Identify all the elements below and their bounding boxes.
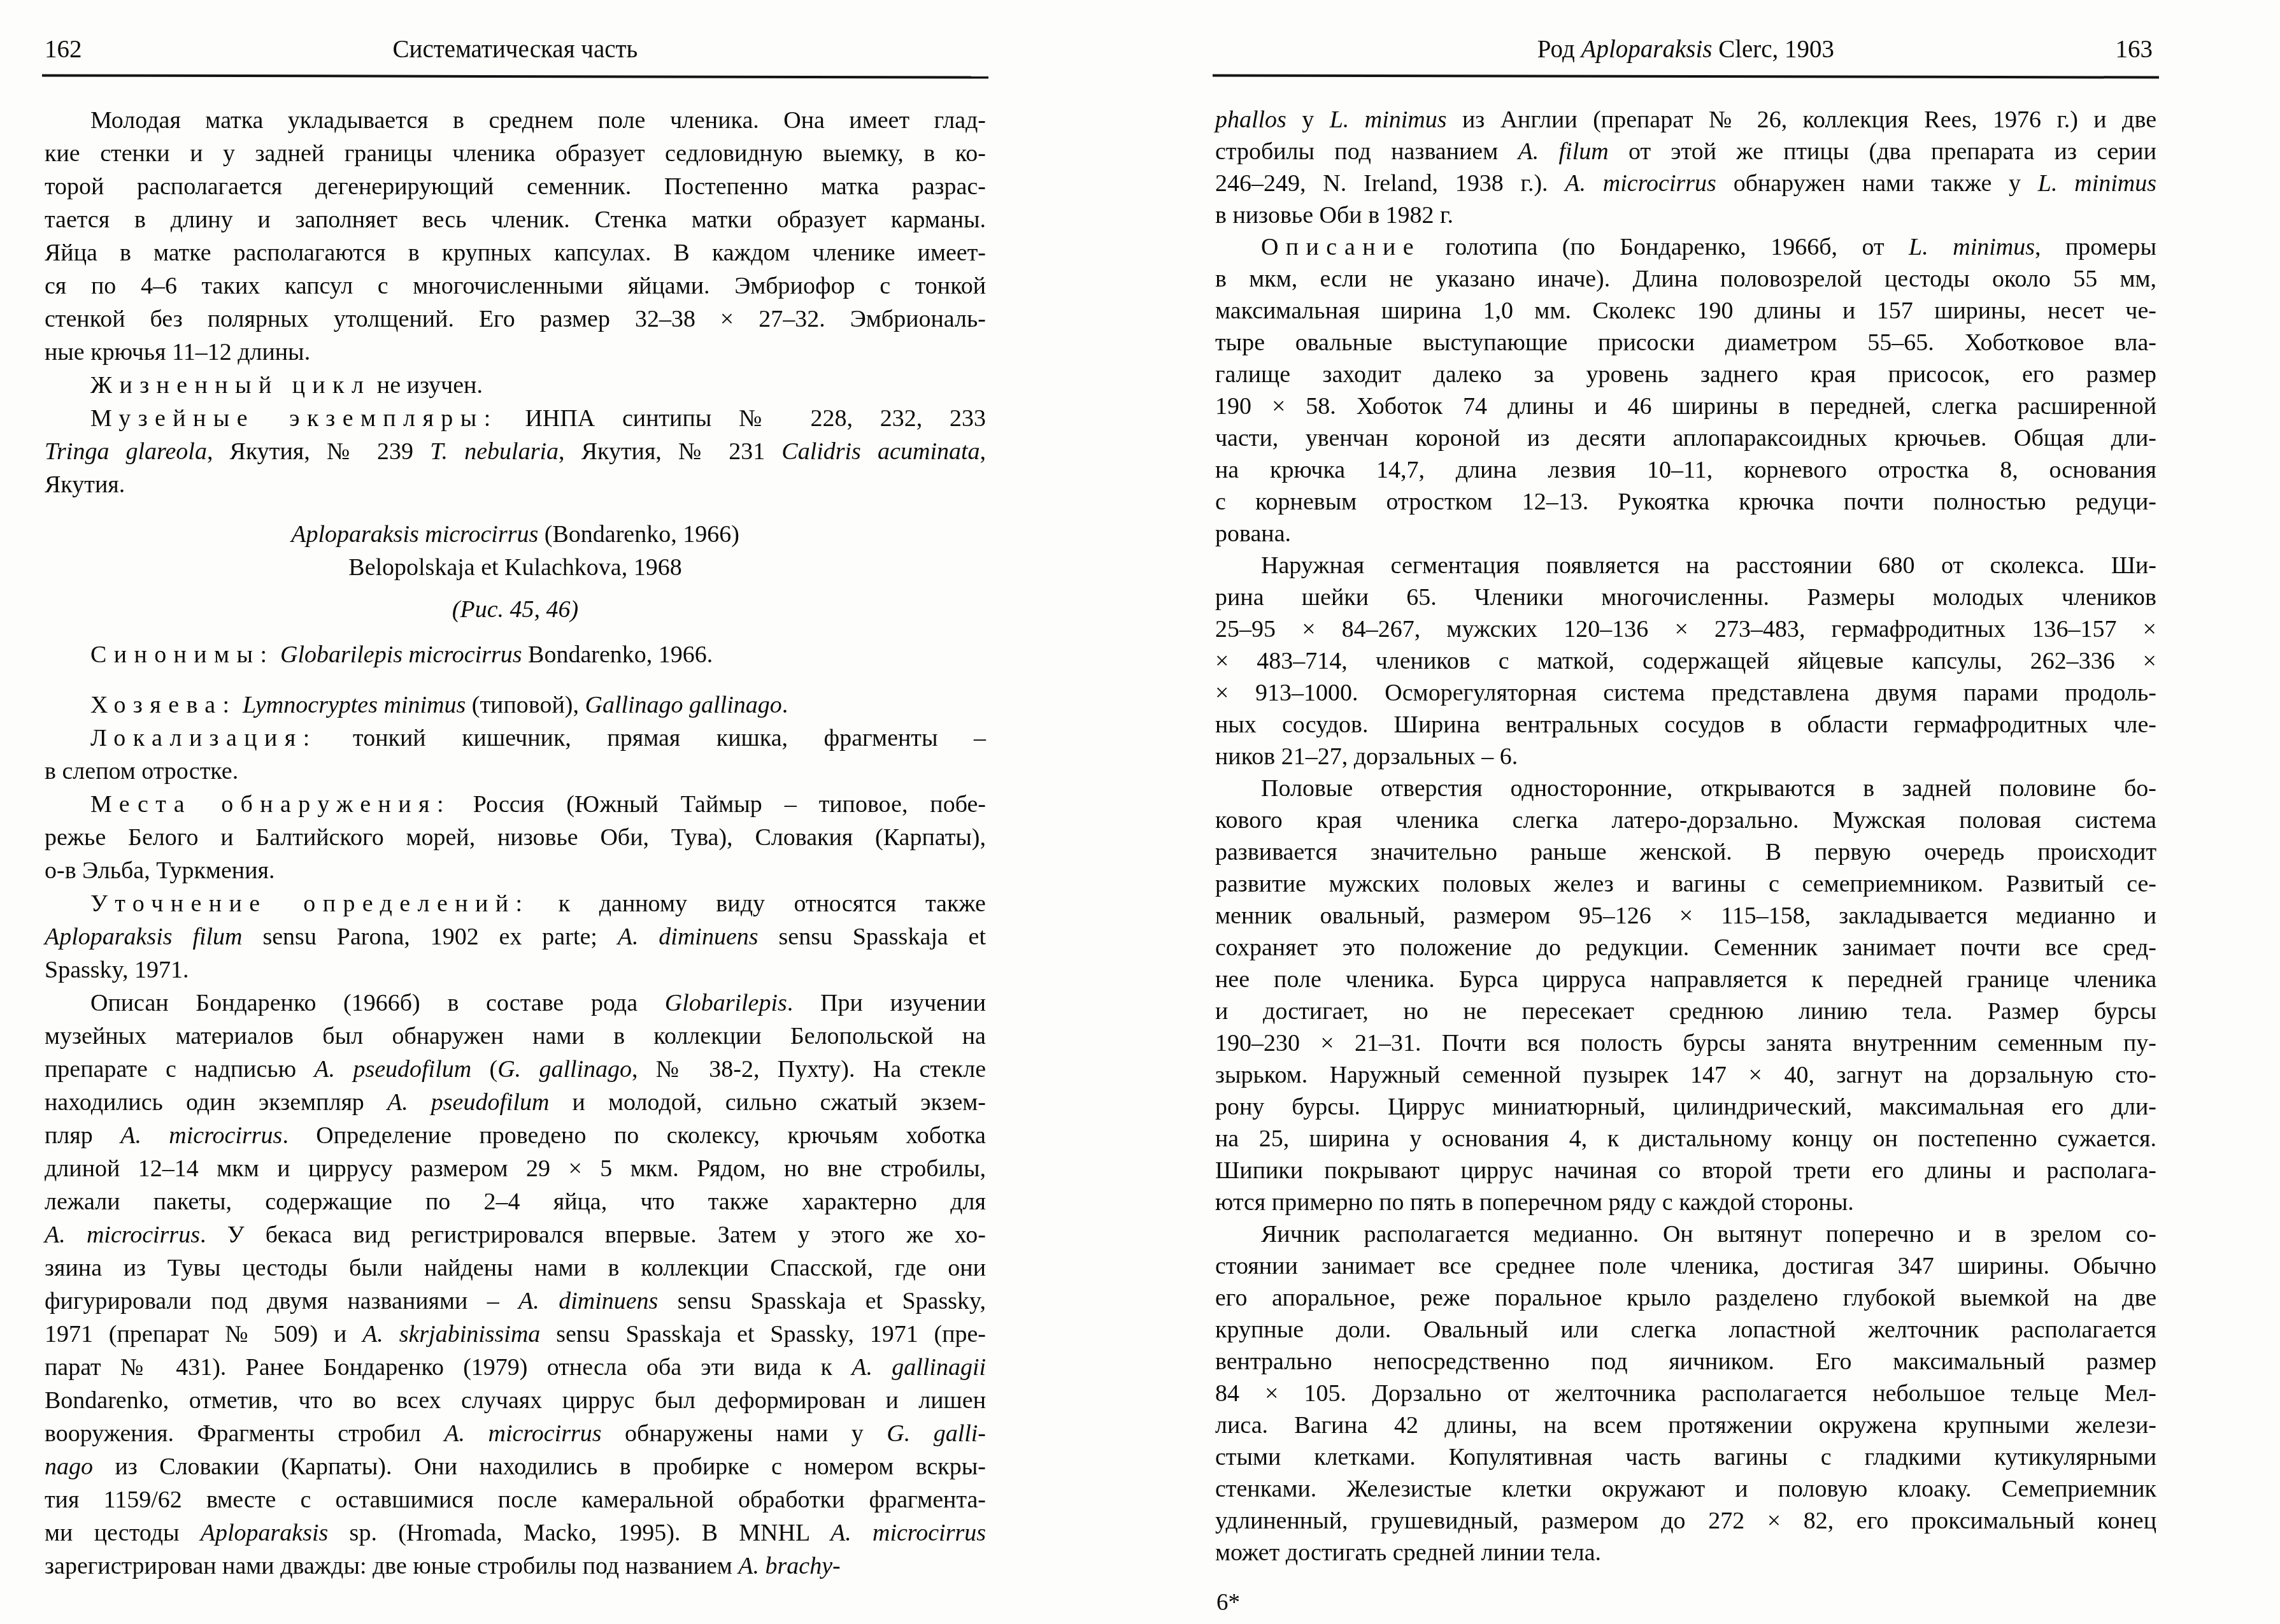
- text-line: Хозяева: Lymnocryptes minimus (типовой),…: [45, 688, 986, 722]
- text-line: ются примерно по пять в поперечном ряду …: [1215, 1186, 2156, 1218]
- text-line: кового края членика слегка латеро-дорзал…: [1215, 804, 2156, 836]
- text-segment: Яичник располагается медианно. Он вытяну…: [1261, 1221, 2156, 1248]
- text-segment: (типовой),: [466, 692, 585, 718]
- spaced-text-segment: Музейные экземпляры:: [90, 405, 498, 432]
- italic-text-segment: Aploparaksis: [1581, 36, 1713, 63]
- text-segment: (Bondarenko, 1966): [538, 521, 739, 548]
- italic-text-segment: G. gallinago: [497, 1056, 632, 1083]
- spaced-text-segment: Хозяева:: [90, 692, 236, 718]
- text-segment: в слепом отростке.: [45, 758, 238, 785]
- text-segment: в мкм, если не указано иначе). Длина пол…: [1215, 266, 2156, 292]
- italic-text-segment: Calidris acuminata: [781, 438, 980, 465]
- text-segment: обнаружены нами у: [602, 1420, 887, 1447]
- italic-text-segment: Aploparaksis: [201, 1520, 329, 1546]
- text-segment: вооружения. Фрагменты стробил: [45, 1420, 444, 1447]
- text-segment: препарате с надписью: [45, 1056, 314, 1083]
- text-segment: . Определение проведено по сколексу, крю…: [282, 1122, 986, 1149]
- text-segment: обнаружен нами также у: [1716, 170, 2038, 197]
- text-line: и достигает, но не пересекает среднюю ли…: [1215, 995, 2156, 1027]
- text-line: о-в Эльба, Туркмения.: [45, 854, 986, 887]
- text-segment: стоянии занимает все среднее поле членик…: [1215, 1253, 2156, 1279]
- text-line: ников 21–27, дорзальных – 6.: [1215, 741, 2156, 773]
- text-line: рону бурсы. Циррус миниатюрный, цилиндри…: [1215, 1091, 2156, 1123]
- text-line: A. microcirrus. У бекаса вид регистриров…: [45, 1218, 986, 1251]
- text-segment: 84 × 105. Дорзально от желточника распол…: [1215, 1380, 2156, 1407]
- text-line: Aploparaksis microcirrus (Bondarenko, 19…: [45, 518, 986, 551]
- text-line: Места обнаружения: Россия (Южный Таймыр …: [45, 788, 986, 821]
- text-segment: sensu Spasskaja et Spassky, 1971 (пре-: [540, 1321, 986, 1348]
- text-line: Яйца в матке располагаются в крупных кап…: [45, 236, 986, 269]
- text-line: на 25, ширина у основания 4, к дистально…: [1215, 1123, 2156, 1155]
- text-segment: Bondarenko, 1966.: [522, 641, 713, 668]
- text-segment: крупные доли. Овальный или слегка лопаст…: [1215, 1316, 2156, 1343]
- text-line: тия 1159/62 вместе с оставшимися после к…: [45, 1483, 986, 1516]
- italic-text-segment: A. filum: [1518, 138, 1609, 165]
- species-heading: Aploparaksis microcirrus (Bondarenko, 19…: [45, 518, 986, 584]
- text-segment: стыми клетками. Копулятивная часть вагин…: [1215, 1444, 2156, 1471]
- text-segment: кового края членика слегка латеро-дорзал…: [1215, 807, 2156, 834]
- text-segment: галище заходит далеко за уровень заднего…: [1215, 361, 2156, 388]
- italic-text-segment: Aploparaksis filum: [45, 923, 243, 950]
- text-line: вентрально непосредственно под яичником.…: [1215, 1346, 2156, 1378]
- text-line: Половые отверстия односторонние, открыва…: [1215, 773, 2156, 804]
- text-segment: из Англии (препарат № 26, коллекция Rees…: [1447, 106, 2156, 133]
- text-line: в низовье Оби в 1982 г.: [1215, 199, 2156, 231]
- text-segment: сохраняет это положение до редукции. Сем…: [1215, 934, 2156, 961]
- text-line: кие стенки и у задней границы членика об…: [45, 137, 986, 170]
- italic-text-segment: Globarilepis microcirrus: [280, 641, 522, 668]
- text-segment: sensu Spasskaja et Spassky,: [658, 1288, 986, 1314]
- text-segment: (Рис. 45, 46): [452, 596, 578, 623]
- text-segment: 1971 (препарат № 509) и: [45, 1321, 362, 1348]
- text-line: в мкм, если не указано иначе). Длина пол…: [1215, 263, 2156, 295]
- text-segment: .: [782, 692, 788, 718]
- text-line: тается в длину и заполняет весь членик. …: [45, 203, 986, 236]
- spaced-text-segment: Жизненный цикл: [90, 372, 371, 399]
- page-content: phallos у L. minimus из Англии (препарат…: [1215, 104, 2156, 1569]
- page-content: Молодая матка укладывается в среднем пол…: [45, 104, 986, 1583]
- paragraph: Описание голотипа (по Бондаренко, 1966б,…: [1215, 231, 2156, 550]
- text-line: Наружная сегментация появляется на расст…: [1215, 550, 2156, 581]
- text-line: 25–95 × 84–267, мужских 120–136 × 273–48…: [1215, 613, 2156, 645]
- text-line: зарегистрирован нами дважды: две юные ст…: [45, 1549, 986, 1583]
- text-segment: стенкой без полярных утолщений. Его разм…: [45, 306, 986, 332]
- text-line: находились один экземпляр A. pseudofilum…: [45, 1086, 986, 1119]
- text-segment: в низовье Оби в 1982 г.: [1215, 202, 1453, 229]
- text-line: ся по 4–6 таких капсул с многочисленными…: [45, 269, 986, 303]
- italic-text-segment: Globarilepis: [665, 990, 787, 1016]
- text-line: рина шейки 65. Членики многочисленны. Ра…: [1215, 581, 2156, 613]
- italic-text-segment: A. diminuens: [518, 1288, 658, 1314]
- text-segment: на 25, ширина у основания 4, к дистально…: [1215, 1125, 2156, 1152]
- italic-text-segment: A. diminuens: [618, 923, 759, 950]
- text-line: ми цестоды Aploparaksis sp. (Hromada, Ma…: [45, 1516, 986, 1549]
- text-segment: длиной 12–14 мкм и циррусу размером 29 ×…: [45, 1155, 986, 1182]
- text-segment: Якутия.: [45, 471, 125, 498]
- text-line: стыми клетками. Копулятивная часть вагин…: [1215, 1441, 2156, 1473]
- text-segment: развивается значительно раньше женской. …: [1215, 839, 2156, 865]
- paragraph: Места обнаружения: Россия (Южный Таймыр …: [45, 788, 986, 887]
- text-segment: и достигает, но не пересекает среднюю ли…: [1215, 998, 2156, 1025]
- text-segment: о-в Эльба, Туркмения.: [45, 857, 275, 884]
- text-segment: Россия (Южный Таймыр – типовое, побе-: [451, 791, 986, 818]
- paragraph: Уточнение определений: к данному виду от…: [45, 887, 986, 987]
- text-segment: голотипа (по Бондаренко, 1966б, от: [1421, 234, 1909, 260]
- book-scan: 162 Систематическая часть Молодая матка …: [0, 0, 2280, 1624]
- text-segment: с корневым отростком 12–13. Рукоятка крю…: [1215, 488, 2156, 515]
- text-segment: Spassky, 1971.: [45, 957, 189, 983]
- text-segment: может достигать средней линии тела.: [1215, 1539, 1601, 1566]
- italic-text-segment: A. pseudofilum: [314, 1056, 471, 1083]
- text-segment: стенками. Железистые клетки окружают и п…: [1215, 1476, 2156, 1502]
- text-segment: [274, 641, 280, 668]
- text-segment: режье Белого и Балтийского морей, низовь…: [45, 824, 986, 851]
- text-line: галище заходит далеко за уровень заднего…: [1215, 359, 2156, 390]
- text-segment: . При изучении: [787, 990, 986, 1016]
- italic-text-segment: A. pseudofilum: [387, 1089, 550, 1116]
- text-line: развивается значительно раньше женской. …: [1215, 836, 2156, 868]
- text-segment: зарегистрирован нами дважды: две юные ст…: [45, 1553, 738, 1579]
- text-segment: , Якутия, № 239: [207, 438, 430, 465]
- text-segment: лежали пакеты, содержащие по 2–4 яйца, ч…: [45, 1188, 986, 1215]
- text-line: Описание голотипа (по Бондаренко, 1966б,…: [1215, 231, 2156, 263]
- text-line: пляр A. microcirrus. Определение проведе…: [45, 1119, 986, 1152]
- text-segment: × 913–1000. Осморегуляторная система пре…: [1215, 680, 2156, 706]
- text-segment: тонкий кишечник, прямая кишка, фрагменты…: [317, 725, 986, 751]
- text-line: nago из Словакии (Карпаты). Они находили…: [45, 1450, 986, 1483]
- text-line: Молодая матка укладывается в среднем пол…: [45, 104, 986, 137]
- italic-text-segment: phallos: [1215, 106, 1286, 133]
- text-line: с корневым отростком 12–13. Рукоятка крю…: [1215, 486, 2156, 518]
- text-line: максимальная ширина 1,0 мм. Сколекс 190 …: [1215, 295, 2156, 327]
- text-line: (Рис. 45, 46): [45, 593, 986, 626]
- italic-text-segment: L. minimus: [1909, 234, 2035, 260]
- italic-text-segment: Lymnocryptes minimus: [243, 692, 466, 718]
- text-line: его апоральное, реже поральное крыло раз…: [1215, 1282, 2156, 1314]
- italic-text-segment: L. minimus: [1330, 106, 1447, 133]
- text-line: длиной 12–14 мкм и циррусу размером 29 ×…: [45, 1152, 986, 1185]
- text-segment: у: [1286, 106, 1330, 133]
- text-segment: Яйца в матке располагаются в крупных кап…: [45, 239, 986, 266]
- text-line: препарате с надписью A. pseudofilum (G. …: [45, 1053, 986, 1086]
- text-line: нее поле членика. Бурса цирруса направля…: [1215, 964, 2156, 995]
- text-segment: ных сосудов. Ширина вентральных сосудов …: [1215, 711, 2156, 738]
- text-segment: от этой же птицы (два препарата из серии: [1609, 138, 2156, 165]
- text-line: сохраняет это положение до редукции. Сем…: [1215, 932, 2156, 964]
- text-line: Локализация: тонкий кишечник, прямая киш…: [45, 722, 986, 755]
- paragraph: Описан Бондаренко (1966б) в составе рода…: [45, 987, 986, 1583]
- paragraph: phallos у L. minimus из Англии (препарат…: [1215, 104, 2156, 231]
- text-segment: 190–230 × 21–31. Почти вся полость бурсы…: [1215, 1030, 2156, 1057]
- text-segment: sp. (Hromada, Macko, 1995). В MNHL: [328, 1520, 830, 1546]
- text-line: ные крючья 11–12 длины.: [45, 336, 986, 369]
- paragraph: Музейные экземпляры: ИНПА синтипы № 228,…: [45, 402, 986, 501]
- text-segment: ИНПА синтипы № 228, 232, 233: [498, 405, 986, 432]
- running-title: Систематическая часть: [45, 33, 986, 66]
- text-segment: максимальная ширина 1,0 мм. Сколекс 190 …: [1215, 297, 2156, 324]
- text-segment: зырьком. Наружный семенной пузырек 147 ×…: [1215, 1062, 2156, 1088]
- text-line: Якутия.: [45, 468, 986, 501]
- text-line: на крючка 14,7, длина лезвия 10–11, корн…: [1215, 454, 2156, 486]
- italic-text-segment: L. minimus: [2038, 170, 2156, 197]
- text-segment: ми цестоды: [45, 1520, 201, 1546]
- text-segment: вентрально непосредственно под яичником.…: [1215, 1348, 2156, 1375]
- text-line: 190–230 × 21–31. Почти вся полость бурсы…: [1215, 1027, 2156, 1059]
- text-segment: ные крючья 11–12 длины.: [45, 339, 310, 366]
- spaced-text-segment: Уточнение определений:: [90, 890, 529, 917]
- italic-text-segment: T. nebularia: [430, 438, 559, 465]
- page-header: 163 Род Aploparaksis Clerc, 1903: [1215, 33, 2156, 66]
- text-line: менник овальный, размером 95–126 × 115–1…: [1215, 900, 2156, 932]
- italic-text-segment: A. gallinagii: [851, 1354, 986, 1381]
- text-line: Belopolskaja et Kulachkova, 1968: [45, 551, 986, 584]
- text-segment: рина шейки 65. Членики многочисленны. Ра…: [1215, 584, 2156, 611]
- text-segment: фигурировали под двумя названиями –: [45, 1288, 518, 1314]
- text-line: × 483–714, члеников с маткой, содержащей…: [1215, 645, 2156, 677]
- text-segment: . У бекаса вид регистрировался впервые. …: [200, 1222, 986, 1248]
- text-segment: 190 × 58. Хоботок 74 длины и 46 ширины в…: [1215, 393, 2156, 420]
- text-line: удлиненный, грушевидный, размером до 272…: [1215, 1505, 2156, 1537]
- text-segment: рована.: [1215, 520, 1291, 547]
- signature-mark: 6*: [1216, 1589, 1240, 1616]
- italic-text-segment: Gallinago gallinago: [585, 692, 781, 718]
- text-segment: [236, 692, 243, 718]
- text-segment: развитие мужских половых желез и вагины …: [1215, 871, 2156, 897]
- text-line: музейных материалов был обнаружен нами в…: [45, 1020, 986, 1053]
- text-segment: менник овальный, размером 95–126 × 115–1…: [1215, 902, 2156, 929]
- text-line: Spassky, 1971.: [45, 953, 986, 987]
- spaced-text-segment: Описание: [1261, 234, 1421, 260]
- page-header: 162 Систематическая часть: [45, 33, 986, 66]
- text-segment: Систематическая часть: [393, 36, 638, 63]
- text-segment: , промеры: [2035, 234, 2156, 260]
- text-line: торой располагается дегенерирующий семен…: [45, 170, 986, 203]
- text-segment: sensu Spasskaja et: [759, 923, 986, 950]
- text-segment: не изучен.: [371, 372, 483, 399]
- text-segment: 25–95 × 84–267, мужских 120–136 × 273–48…: [1215, 616, 2156, 643]
- italic-text-segment: nago: [45, 1453, 93, 1480]
- paragraph: Хозяева: Lymnocryptes minimus (типовой),…: [45, 688, 986, 722]
- text-segment: тия 1159/62 вместе с оставшимися после к…: [45, 1486, 986, 1513]
- italic-text-segment: A. skrjabinissima: [362, 1321, 540, 1348]
- paragraph: Синонимы: Globarilepis microcirrus Bonda…: [45, 638, 986, 671]
- text-line: тыре овальные выступающие присоски диаме…: [1215, 327, 2156, 359]
- text-segment: удлиненный, грушевидный, размером до 272…: [1215, 1507, 2156, 1534]
- text-line: парат № 431). Ранее Бондаренко (1979) от…: [45, 1351, 986, 1384]
- text-line: режье Белого и Балтийского морей, низовь…: [45, 821, 986, 854]
- text-segment: ся по 4–6 таких капсул с многочисленными…: [45, 273, 986, 299]
- text-line: 84 × 105. Дорзально от желточника распол…: [1215, 1378, 2156, 1409]
- text-segment: Bondarenko, отметив, что во всех случаях…: [45, 1387, 986, 1414]
- header-rule: [42, 74, 988, 78]
- text-segment: sensu Parona, 1902 ex parte;: [243, 923, 618, 950]
- text-segment: (: [471, 1056, 497, 1083]
- text-segment: торой располагается дегенерирующий семен…: [45, 173, 986, 200]
- text-line: рована.: [1215, 518, 2156, 550]
- text-segment: Род: [1537, 36, 1581, 63]
- text-segment: Belopolskaja et Kulachkova, 1968: [348, 554, 681, 581]
- spaced-text-segment: Синонимы:: [90, 641, 274, 668]
- italic-text-segment: G. galli-: [887, 1420, 986, 1447]
- italic-text-segment: A. microcirrus: [830, 1520, 986, 1546]
- text-segment: 246–249, N. Ireland, 1938 г.).: [1215, 170, 1565, 197]
- text-line: Музейные экземпляры: ИНПА синтипы № 228,…: [45, 402, 986, 435]
- text-line: крупные доли. Овальный или слегка лопаст…: [1215, 1314, 2156, 1346]
- text-segment: к данному виду относятся также: [529, 890, 986, 917]
- figure-reference: (Рис. 45, 46): [45, 593, 986, 626]
- paragraph: Жизненный цикл не изучен.: [45, 369, 986, 402]
- paragraph: Яичник располагается медианно. Он вытяну…: [1215, 1218, 2156, 1569]
- text-line: 1971 (препарат № 509) и A. skrjabinissim…: [45, 1318, 986, 1351]
- text-segment: Половые отверстия односторонние, открыва…: [1261, 775, 2156, 802]
- italic-text-segment: A. microcirrus: [45, 1222, 200, 1248]
- text-line: phallos у L. minimus из Англии (препарат…: [1215, 104, 2156, 136]
- header-rule: [1213, 74, 2159, 78]
- text-segment: части, увенчан короной из десяти аплопар…: [1215, 425, 2156, 452]
- text-segment: × 483–714, члеников с маткой, содержащей…: [1215, 648, 2156, 674]
- italic-text-segment: A. brachy-: [738, 1553, 840, 1579]
- text-line: фигурировали под двумя названиями – A. d…: [45, 1285, 986, 1318]
- text-line: Tringa glareola, Якутия, № 239 T. nebula…: [45, 435, 986, 468]
- text-segment: на крючка 14,7, длина лезвия 10–11, корн…: [1215, 457, 2156, 483]
- text-segment: Шипики покрывают циррус начиная со второ…: [1215, 1157, 2156, 1184]
- spaced-text-segment: Места обнаружения:: [90, 791, 451, 818]
- text-segment: , Якутия, № 231: [559, 438, 781, 465]
- italic-text-segment: Aploparaksis microcirrus: [291, 521, 538, 548]
- text-line: ных сосудов. Ширина вентральных сосудов …: [1215, 709, 2156, 741]
- text-segment: кие стенки и у задней границы членика об…: [45, 140, 986, 167]
- text-line: Bondarenko, отметив, что во всех случаях…: [45, 1384, 986, 1417]
- spaced-text-segment: Локализация:: [90, 725, 317, 751]
- text-line: Яичник располагается медианно. Он вытяну…: [1215, 1218, 2156, 1250]
- book-page-left: 162 Систематическая часть Молодая матка …: [45, 0, 986, 1624]
- text-line: Шипики покрывают циррус начиная со второ…: [1215, 1155, 2156, 1186]
- text-segment: Наружная сегментация появляется на расст…: [1261, 552, 2156, 579]
- paragraph: Половые отверстия односторонние, открыва…: [1215, 773, 2156, 1218]
- book-page-right: 163 Род Aploparaksis Clerc, 1903 phallos…: [1215, 0, 2156, 1624]
- paragraph: Локализация: тонкий кишечник, прямая киш…: [45, 722, 986, 788]
- text-segment: находились один экземпляр: [45, 1089, 387, 1116]
- text-segment: из Словакии (Карпаты). Они находились в …: [93, 1453, 986, 1480]
- text-segment: музейных материалов был обнаружен нами в…: [45, 1023, 986, 1050]
- text-line: стоянии занимает все среднее поле членик…: [1215, 1250, 2156, 1282]
- text-segment: Описан Бондаренко (1966б) в составе рода: [90, 990, 665, 1016]
- text-line: лежали пакеты, содержащие по 2–4 яйца, ч…: [45, 1185, 986, 1218]
- text-line: части, увенчан короной из десяти аплопар…: [1215, 422, 2156, 454]
- text-segment: ,: [980, 438, 987, 465]
- text-segment: лиса. Вагина 42 длины, на всем протяжени…: [1215, 1412, 2156, 1439]
- text-line: 246–249, N. Ireland, 1938 г.). A. microc…: [1215, 167, 2156, 199]
- text-line: Синонимы: Globarilepis microcirrus Bonda…: [45, 638, 986, 671]
- text-segment: зяина из Тувы цестоды были найдены нами …: [45, 1255, 986, 1281]
- text-line: лиса. Вагина 42 длины, на всем протяжени…: [1215, 1409, 2156, 1441]
- text-segment: стробилы под названием: [1215, 138, 1518, 165]
- text-segment: ются примерно по пять в поперечном ряду …: [1215, 1189, 1854, 1216]
- text-segment: Молодая матка укладывается в среднем пол…: [90, 107, 986, 134]
- text-line: Описан Бондаренко (1966б) в составе рода…: [45, 987, 986, 1020]
- italic-text-segment: Tringa glareola: [45, 438, 207, 465]
- text-line: × 913–1000. Осморегуляторная система пре…: [1215, 677, 2156, 709]
- text-line: Aploparaksis filum sensu Parona, 1902 ex…: [45, 920, 986, 953]
- paragraph: Наружная сегментация появляется на расст…: [1215, 550, 2156, 773]
- text-segment: рону бурсы. Циррус миниатюрный, цилиндри…: [1215, 1093, 2156, 1120]
- text-segment: тается в длину и заполняет весь членик. …: [45, 206, 986, 233]
- page-number: 163: [2116, 33, 2153, 66]
- text-segment: пляр: [45, 1122, 120, 1149]
- running-title: Род Aploparaksis Clerc, 1903: [1215, 33, 2156, 66]
- text-segment: тыре овальные выступающие присоски диаме…: [1215, 329, 2156, 356]
- italic-text-segment: A. microcirrus: [444, 1420, 601, 1447]
- text-line: Жизненный цикл не изучен.: [45, 369, 986, 402]
- text-segment: , № 38-2, Пухту). На стекле: [632, 1056, 986, 1083]
- text-segment: его апоральное, реже поральное крыло раз…: [1215, 1285, 2156, 1311]
- text-line: может достигать средней линии тела.: [1215, 1537, 2156, 1569]
- italic-text-segment: A. microcirrus: [1565, 170, 1716, 197]
- text-segment: Clerc, 1903: [1712, 36, 1834, 63]
- text-line: в слепом отростке.: [45, 755, 986, 788]
- text-line: стенкой без полярных утолщений. Его разм…: [45, 303, 986, 336]
- text-segment: парат № 431). Ранее Бондаренко (1979) от…: [45, 1354, 851, 1381]
- paragraph: Молодая матка укладывается в среднем пол…: [45, 104, 986, 369]
- text-line: стробилы под названием A. filum от этой …: [1215, 136, 2156, 167]
- text-segment: нее поле членика. Бурса цирруса направля…: [1215, 966, 2156, 993]
- text-segment: и молодой, сильно сжатый экзем-: [550, 1089, 986, 1116]
- text-line: Уточнение определений: к данному виду от…: [45, 887, 986, 920]
- text-line: развитие мужских половых желез и вагины …: [1215, 868, 2156, 900]
- text-line: вооружения. Фрагменты стробил A. microci…: [45, 1417, 986, 1450]
- text-line: зяина из Тувы цестоды были найдены нами …: [45, 1251, 986, 1285]
- text-line: 190 × 58. Хоботок 74 длины и 46 ширины в…: [1215, 390, 2156, 422]
- text-segment: ников 21–27, дорзальных – 6.: [1215, 743, 1518, 770]
- page-number: 162: [45, 33, 82, 66]
- text-line: зырьком. Наружный семенной пузырек 147 ×…: [1215, 1059, 2156, 1091]
- italic-text-segment: A. microcirrus: [120, 1122, 282, 1149]
- text-line: стенками. Железистые клетки окружают и п…: [1215, 1473, 2156, 1505]
